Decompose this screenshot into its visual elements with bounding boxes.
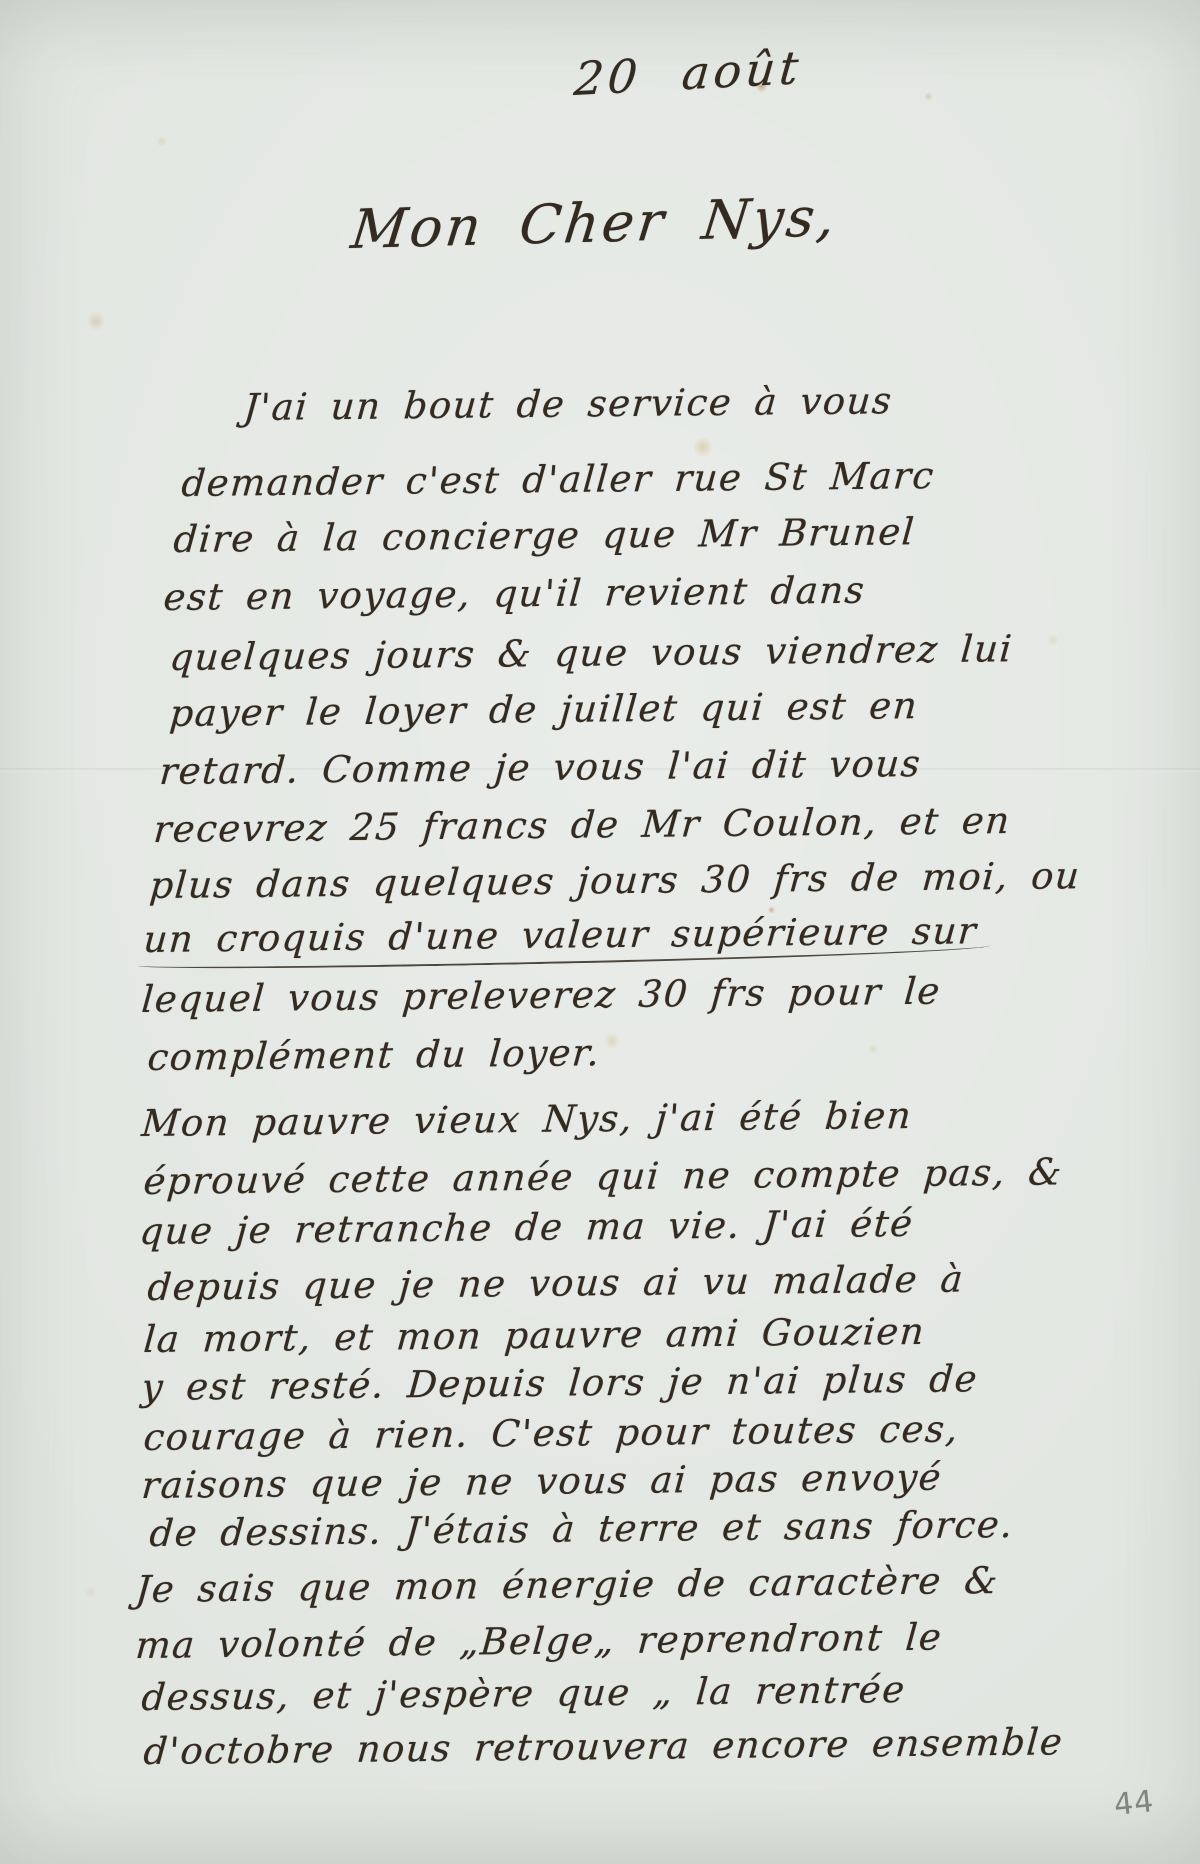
foxing-spot <box>84 1586 98 1598</box>
letter-line: d'octobre nous retrouvera encore ensembl… <box>142 1720 1065 1773</box>
letter-line: de dessins. J'étais à terre et sans forc… <box>148 1503 1015 1555</box>
letter-line: quelques jours & que vous viendrez lui <box>168 627 1015 679</box>
letter-line: ma volonté de „Belge„ reprendront le <box>134 1616 944 1667</box>
foxing-spot <box>86 312 106 330</box>
letter-line: que je retranche de ma vie. J'ai été <box>138 1202 915 1253</box>
foxing-spot <box>1046 634 1059 646</box>
letter-line: dire à la concierge que Mr Brunel <box>172 510 917 561</box>
letter-page: 20 août Mon Cher Nys, J'ai un bout de se… <box>0 0 1200 1864</box>
letter-line: y est resté. Depuis lors je n'ai plus de <box>140 1357 980 1409</box>
letter-line-underlined: un croquis d'une valeur supérieure sur <box>142 909 979 961</box>
foxing-spot <box>694 436 712 458</box>
letter-line: Mon pauvre vieux Nys, j'ai été bien <box>140 1094 914 1145</box>
letter-line: complément du loyer. <box>146 1031 602 1079</box>
foxing-spot <box>156 136 168 147</box>
letter-line: plus dans quelques jours 30 frs de moi, … <box>148 854 1082 907</box>
letter-line: éprouvé cette année qui ne compte pas, & <box>142 1150 1064 1203</box>
letter-line: payer le loyer de juillet qui est en <box>168 684 920 735</box>
archival-page-number: 44 <box>1112 1784 1156 1823</box>
letter-line: lequel vous preleverez 30 frs pour le <box>140 970 943 1021</box>
letter-salutation: Mon Cher Nys, <box>348 185 841 261</box>
letter-line: J'ai un bout de service à vous <box>242 379 894 429</box>
foxing-spot <box>868 1044 878 1054</box>
letter-line: dessus, et j'espère que „ la rentrée <box>140 1668 907 1719</box>
letter-line: depuis que je ne vous ai vu malade à <box>146 1257 966 1309</box>
letter-line: recevrez 25 francs de Mr Coulon, et en <box>152 799 1012 851</box>
letter-line: est en voyage, qu'il revient dans <box>162 569 867 619</box>
letter-date: 20 août <box>572 40 804 106</box>
letter-line: la mort, et mon pauvre ami Gouzien <box>142 1310 927 1361</box>
letter-line: retard. Comme je vous l'ai dit vous <box>158 742 923 793</box>
letter-line: Je sais que mon énergie de caractère & <box>134 1559 1000 1611</box>
foxing-spot <box>604 1032 620 1050</box>
letter-line: raisons que je ne vous ai pas envoyé <box>140 1456 944 1507</box>
letter-line: demander c'est d'aller rue St Marc <box>180 454 936 505</box>
foxing-spot <box>924 92 933 101</box>
letter-line: courage à rien. C'est pour toutes ces, <box>142 1407 961 1459</box>
